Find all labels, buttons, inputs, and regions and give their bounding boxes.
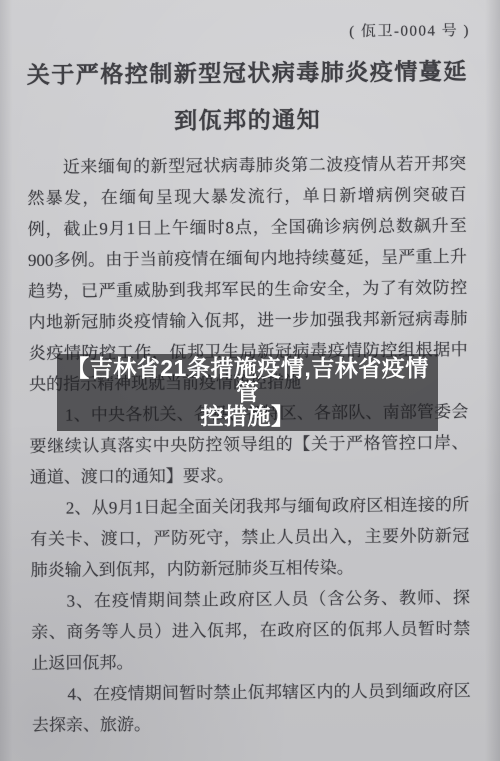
caption-overlay: 【吉林省21条措施疫情,吉林省疫情管 控措施】 bbox=[57, 354, 438, 431]
document-body: 近来缅甸的新型冠状病毒肺炎第二波疫情从若开邦突然暴发，在缅甸呈现大暴发流行，单日… bbox=[0, 148, 500, 741]
caption-line1: 【吉林省21条措施疫情,吉林省疫情管 bbox=[57, 356, 438, 404]
document-photo: ( 佤卫-0004 号 ) 关于严格控制新型冠状病毒肺炎疫情蔓延 到佤邦的通知 … bbox=[0, 0, 500, 761]
body-paragraph-item4: 4、在疫情期间暂时禁止佤邦辖区内的人员到缅政府区去探亲、旅游。 bbox=[32, 675, 472, 741]
document-title-line1: 关于严格控制新型冠状病毒肺炎疫情蔓延 bbox=[0, 48, 498, 99]
caption-line2: 控措施】 bbox=[57, 404, 438, 428]
document-title-line2: 到佤邦的通知 bbox=[0, 95, 498, 146]
doc-number: ( 佤卫-0004 号 ) bbox=[349, 19, 470, 41]
body-paragraph-item2: 2、从9月1日起全面关闭我邦与缅甸政府区相连接的所有关卡、渡口，严防死守，禁止人… bbox=[30, 489, 470, 586]
body-paragraph-item3: 3、在疫情期间禁止政府区人员（含公务、教师、探亲、商务等人员）进入佤邦，在政府区… bbox=[31, 582, 471, 679]
